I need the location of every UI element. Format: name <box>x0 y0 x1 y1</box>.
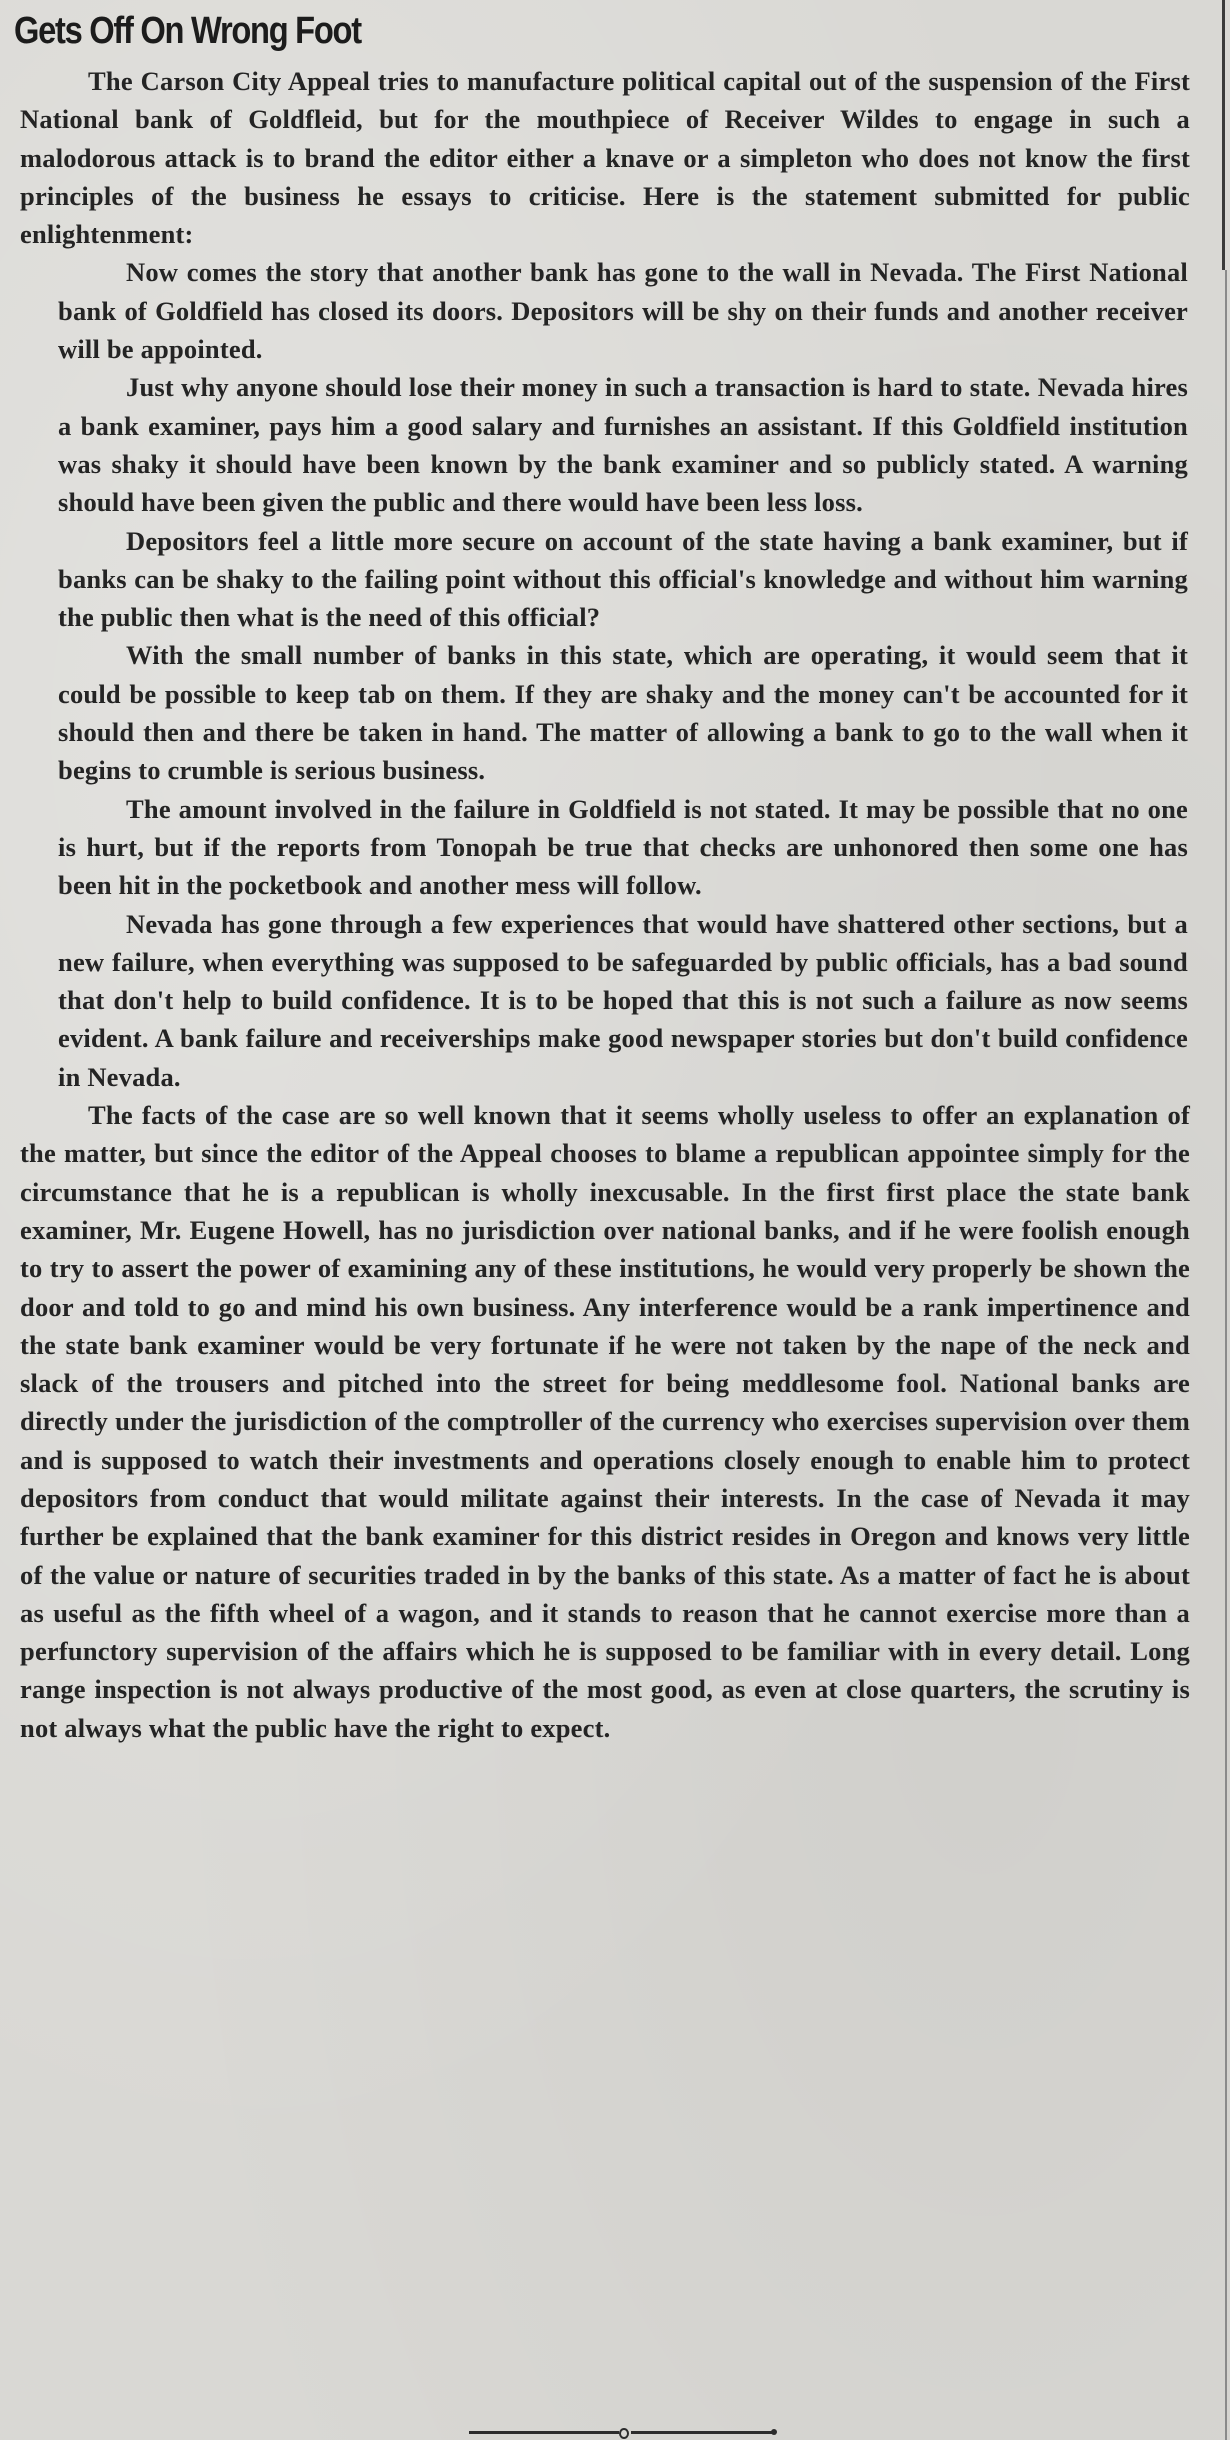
quoted-paragraph: The amount involved in the failure in Go… <box>58 790 1188 905</box>
column-rule-lower <box>1225 270 1227 2440</box>
quoted-paragraph: Now comes the story that another bank ha… <box>58 253 1188 368</box>
intro-paragraph: The Carson City Appeal tries to manufact… <box>20 62 1190 253</box>
column-rule <box>1222 0 1225 270</box>
quoted-paragraph: Depositors feel a little more secure on … <box>58 522 1188 637</box>
newspaper-clipping: Gets Off On Wrong Foot The Carson City A… <box>0 0 1230 2440</box>
article-body: The Carson City Appeal tries to manufact… <box>20 62 1190 1747</box>
headline: Gets Off On Wrong Foot <box>14 10 361 53</box>
quoted-paragraph: With the small number of banks in this s… <box>58 636 1188 789</box>
quoted-paragraph: Just why anyone should lose their money … <box>58 368 1188 521</box>
quoted-paragraph: Nevada has gone through a few experience… <box>58 905 1188 1096</box>
column-rule-divider-icon <box>469 2428 779 2436</box>
closing-paragraph: The facts of the case are so well known … <box>20 1096 1190 1747</box>
quoted-statement: Now comes the story that another bank ha… <box>58 253 1188 1096</box>
